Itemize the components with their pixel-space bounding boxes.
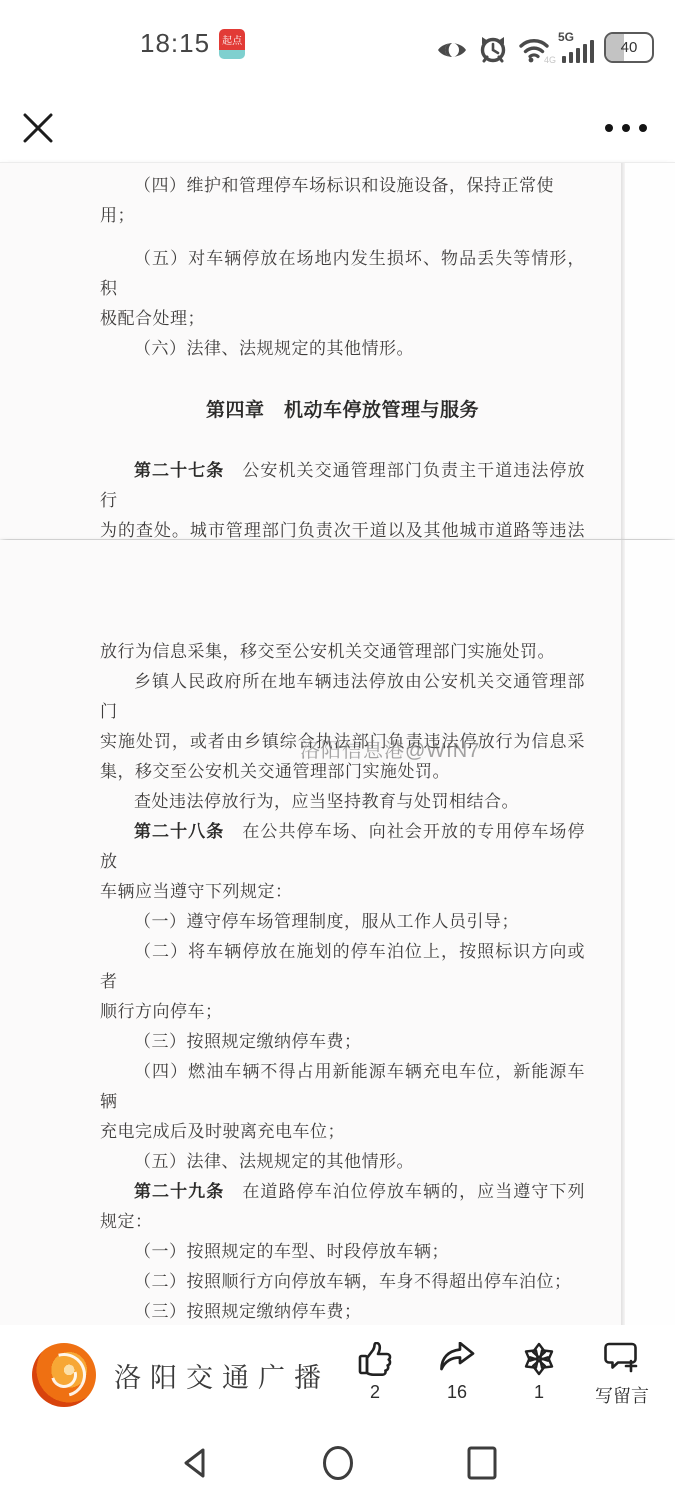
page-fold-shadow bbox=[621, 540, 625, 1422]
clock-text: 18:15 bbox=[140, 28, 210, 59]
back-icon bbox=[179, 1446, 209, 1480]
android-nav-bar bbox=[0, 1425, 675, 1500]
doc-line: 第二十七条 公安机关交通管理部门负责主干道违法停放行 bbox=[100, 456, 585, 516]
status-icons: 4G 5G 40 bbox=[436, 30, 651, 63]
like-button[interactable]: 2 bbox=[349, 1342, 401, 1408]
doc-line: （五）对车辆停放在场地内发生损坏、物品丢失等情形，积 bbox=[100, 244, 585, 304]
alarm-clock-icon bbox=[478, 35, 508, 63]
scanned-page-11: （四）维护和管理停车场标识和设施设备，保持正常使用；（五）对车辆停放在场地内发生… bbox=[0, 162, 675, 539]
comment-label: 写留言 bbox=[595, 1382, 649, 1408]
doc-line: （六）法律、法规规定的其他情形。 bbox=[100, 334, 585, 364]
doc-line: （二）按照顺行方向停放车辆，车身不得超出停车泊位； bbox=[100, 1267, 585, 1297]
wow-button[interactable]: 1 bbox=[513, 1342, 565, 1408]
doc-line: （四）维护和管理停车场标识和设施设备，保持正常使用； bbox=[100, 171, 585, 231]
status-bar: 18:15 起点 bbox=[0, 0, 675, 80]
more-dot bbox=[605, 124, 613, 132]
doc-line: 规定： bbox=[100, 1207, 585, 1237]
like-count: 2 bbox=[370, 1382, 380, 1403]
more-dot bbox=[622, 124, 630, 132]
battery-icon: 40 bbox=[604, 32, 654, 63]
share-arrow-icon bbox=[439, 1342, 475, 1376]
wow-count: 1 bbox=[534, 1382, 544, 1403]
status-left: 18:15 起点 bbox=[140, 28, 245, 59]
notification-app-badge: 起点 bbox=[219, 29, 245, 59]
watermark-text: 洛阳信息港@WIN7 bbox=[300, 734, 480, 763]
nav-back-button[interactable] bbox=[174, 1443, 214, 1483]
nav-recents-button[interactable] bbox=[462, 1443, 502, 1483]
engagement-bar: 洛阳交通广播 2 16 bbox=[0, 1325, 675, 1425]
wifi-sub-label: 4G bbox=[544, 55, 556, 65]
doc-line: （三）按照规定缴纳停车费； bbox=[100, 1297, 585, 1327]
doc-line: 第二十九条 在道路停车泊位停放车辆的，应当遵守下列 bbox=[100, 1177, 585, 1207]
more-dot bbox=[639, 124, 647, 132]
doc-line: （三）按照规定缴纳停车费； bbox=[100, 1027, 585, 1057]
action-buttons: 2 16 1 bbox=[349, 1342, 649, 1408]
wow-flower-icon bbox=[521, 1342, 557, 1376]
account-logo-icon bbox=[32, 1343, 96, 1407]
comment-button[interactable]: 写留言 bbox=[595, 1342, 649, 1408]
battery-percent: 40 bbox=[621, 39, 638, 56]
eye-protection-icon bbox=[436, 37, 468, 63]
doc-line: 第二十八条 在公共停车场、向社会开放的专用停车场停放 bbox=[100, 817, 585, 877]
doc-line: 第四章 机动车停放管理与服务 bbox=[100, 396, 585, 426]
doc-line: 放行为信息采集，移交至公安机关交通管理部门实施处罚。 bbox=[100, 637, 585, 667]
home-icon bbox=[321, 1444, 355, 1482]
doc-line: 极配合处理； bbox=[100, 304, 585, 334]
doc-line: 车辆应当遵守下列规定： bbox=[100, 877, 585, 907]
page-right-margin bbox=[625, 163, 675, 539]
scanned-page-12: 放行为信息采集，移交至公安机关交通管理部门实施处罚。乡镇人民政府所在地车辆违法停… bbox=[0, 540, 675, 1422]
nav-home-button[interactable] bbox=[318, 1443, 358, 1483]
doc-line: 查处违法停放行为，应当坚持教育与处罚相结合。 bbox=[100, 787, 585, 817]
signal-bars-icon: 5G bbox=[560, 30, 594, 63]
article-header bbox=[0, 80, 675, 162]
app-badge-label: 起点 bbox=[219, 29, 245, 50]
share-button[interactable]: 16 bbox=[431, 1342, 483, 1408]
doc-line: （一）遵守停车场管理制度，服从工作人员引导； bbox=[100, 907, 585, 937]
share-count: 16 bbox=[447, 1382, 467, 1403]
doc-line: 充电完成后及时驶离充电车位； bbox=[100, 1117, 585, 1147]
doc-line: （一）按照规定的车型、时段停放车辆； bbox=[100, 1237, 585, 1267]
doc-line: （二）将车辆停放在施划的停车泊位上，按照标识方向或者 bbox=[100, 937, 585, 997]
thumbs-up-icon bbox=[357, 1342, 393, 1376]
recents-icon bbox=[466, 1445, 498, 1481]
page-right-margin bbox=[625, 540, 675, 1422]
close-icon bbox=[20, 110, 56, 146]
more-button[interactable] bbox=[605, 124, 647, 132]
close-button[interactable] bbox=[20, 110, 56, 146]
comment-plus-icon bbox=[603, 1342, 641, 1376]
article-scroll-area[interactable]: （四）维护和管理停车场标识和设施设备，保持正常使用；（五）对车辆停放在场地内发生… bbox=[0, 162, 675, 1325]
account-name: 洛阳交通广播 bbox=[114, 1356, 330, 1395]
page-fold-shadow bbox=[621, 163, 625, 539]
doc-line: 顺行方向停车； bbox=[100, 997, 585, 1027]
screen: 18:15 起点 bbox=[0, 0, 675, 1500]
doc-line: （四）燃油车辆不得占用新能源车辆充电车位，新能源车辆 bbox=[100, 1057, 585, 1117]
account-link[interactable]: 洛阳交通广播 bbox=[32, 1343, 330, 1407]
network-type-label: 5G bbox=[558, 30, 574, 44]
doc-line: （五）法律、法规规定的其他情形。 bbox=[100, 1147, 585, 1177]
doc-line: 乡镇人民政府所在地车辆违法停放由公安机关交通管理部门 bbox=[100, 667, 585, 727]
app-badge-footer bbox=[219, 50, 245, 59]
